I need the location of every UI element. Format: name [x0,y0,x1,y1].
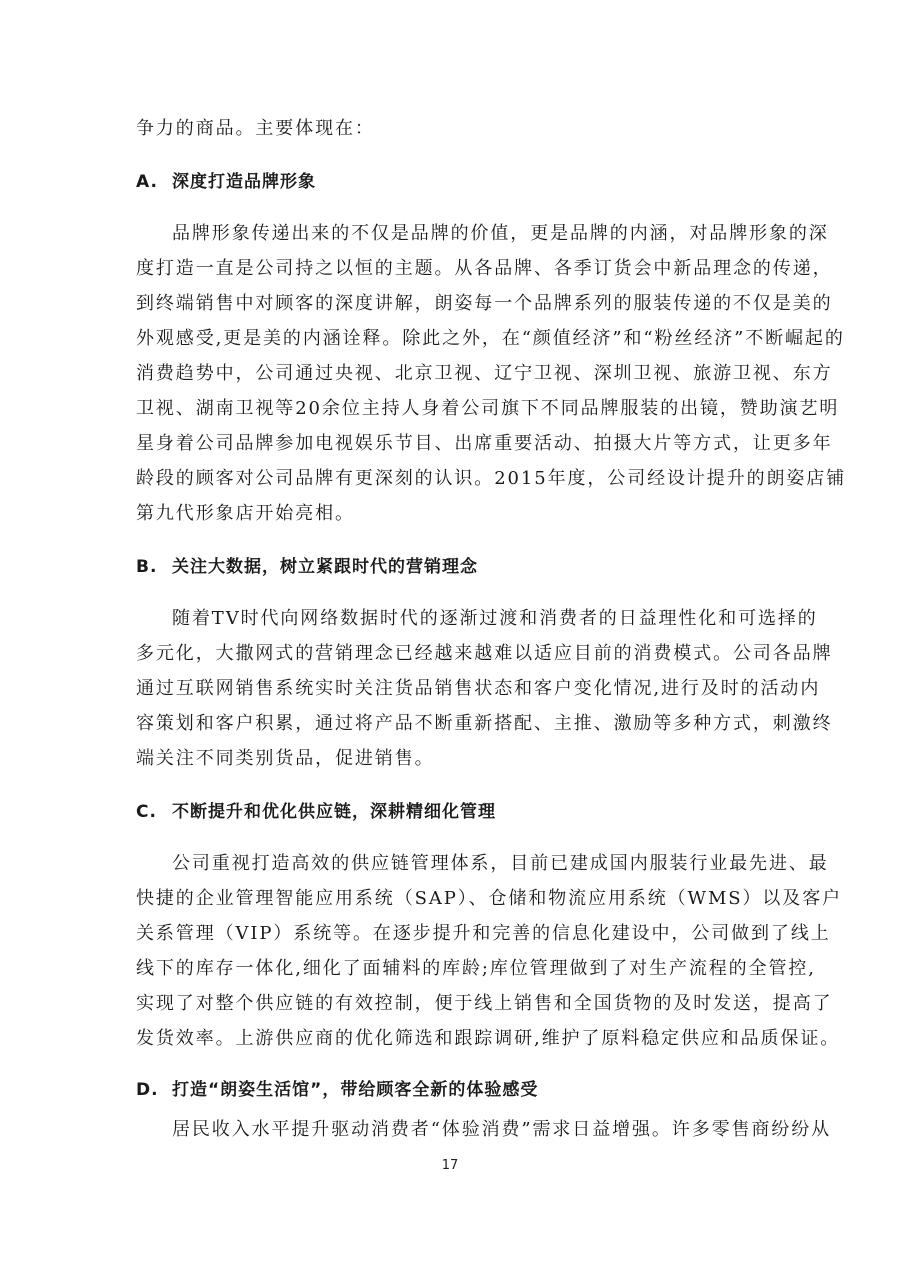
section-c-heading: C.不断提升和优化供应链，深耕精细化管理 [136,800,776,824]
section-a-heading: A.深度打造品牌形象 [136,170,776,194]
section-d-marker: D. [136,1078,172,1102]
document-page: 争力的商品。主要体现在： A.深度打造品牌形象 品牌形象传递出来的不仅是品牌的价… [0,0,900,1272]
section-b-line: 多元化，大撒网式的营销理念已经越来越难以适应目前的消费模式。公司各品牌 [136,642,776,666]
section-a-line: 到终端销售中对顾客的深度讲解，朗姿每一个品牌系列的服装传递的不仅是美的 [136,292,776,316]
section-a-line: 品牌形象传递出来的不仅是品牌的价值，更是品牌的内涵，对品牌形象的深 [172,222,776,246]
section-c-line: 公司重视打造高效的供应链管理体系，目前已建成国内服装行业最先进、最 [172,852,776,876]
page-number: 17 [0,1158,900,1173]
section-a-line: 外观感受,更是美的内涵诠释。除此之外，在“颜值经济”和“粉丝经济”不断崛起的 [136,327,776,351]
section-d-title: 打造“朗姿生活馆”，带给顾客全新的体验感受 [172,1080,538,1100]
section-b-line: 容策划和客户积累，通过将产品不断重新搭配、主推、激励等多种方式，刺激终 [136,712,776,736]
section-c-line: 快捷的企业管理智能应用系统（SAP）、仓储和物流应用系统（WMS）以及客户 [136,887,776,911]
section-b-heading: B.关注大数据，树立紧跟时代的营销理念 [136,555,776,579]
section-a-line: 第九代形象店开始亮相。 [136,502,776,526]
section-d-heading: D.打造“朗姿生活馆”，带给顾客全新的体验感受 [136,1078,776,1102]
section-c-line: 实现了对整个供应链的有效控制，便于线上销售和全国货物的及时发送，提高了 [136,992,776,1016]
section-a-line: 卫视、湖南卫视等20余位主持人身着公司旗下不同品牌服装的出镜，赞助演艺明 [136,397,776,421]
section-c-line: 线下的库存一体化,细化了面辅料的库龄;库位管理做到了对生产流程的全管控, [136,957,776,981]
section-a-line: 消费趋势中，公司通过央视、北京卫视、辽宁卫视、深圳卫视、旅游卫视、东方 [136,362,776,386]
section-c-title: 不断提升和优化供应链，深耕精细化管理 [172,802,496,822]
section-a-line: 度打造一直是公司持之以恒的主题。从各品牌、各季订货会中新品理念的传递， [136,257,776,281]
section-c-marker: C. [136,800,172,824]
section-c-line: 发货效率。上游供应商的优化筛选和跟踪调研,维护了原料稳定供应和品质保证。 [136,1027,776,1051]
section-d-line: 居民收入水平提升驱动消费者“体验消费”需求日益增强。许多零售商纷纷从 [172,1118,776,1142]
section-b-marker: B. [136,555,172,579]
section-a-title: 深度打造品牌形象 [172,172,316,192]
section-a-line: 星身着公司品牌参加电视娱乐节目、出席重要活动、拍摄大片等方式，让更多年 [136,432,776,456]
section-a-line: 龄段的顾客对公司品牌有更深刻的认识。2015年度，公司经设计提升的朗姿店铺 [136,467,776,491]
section-b-title: 关注大数据，树立紧跟时代的营销理念 [172,557,478,577]
section-b-line: 通过互联网销售系统实时关注货品销售状态和客户变化情况,进行及时的活动内 [136,677,776,701]
section-b-line: 端关注不同类别货品，促进销售。 [136,747,776,771]
section-c-line: 关系管理（VIP）系统等。在逐步提升和完善的信息化建设中，公司做到了线上 [136,922,776,946]
section-a-marker: A. [136,170,172,194]
section-b-line: 随着TV时代向网络数据时代的逐渐过渡和消费者的日益理性化和可选择的 [172,607,776,631]
intro-line: 争力的商品。主要体现在： [136,117,776,141]
